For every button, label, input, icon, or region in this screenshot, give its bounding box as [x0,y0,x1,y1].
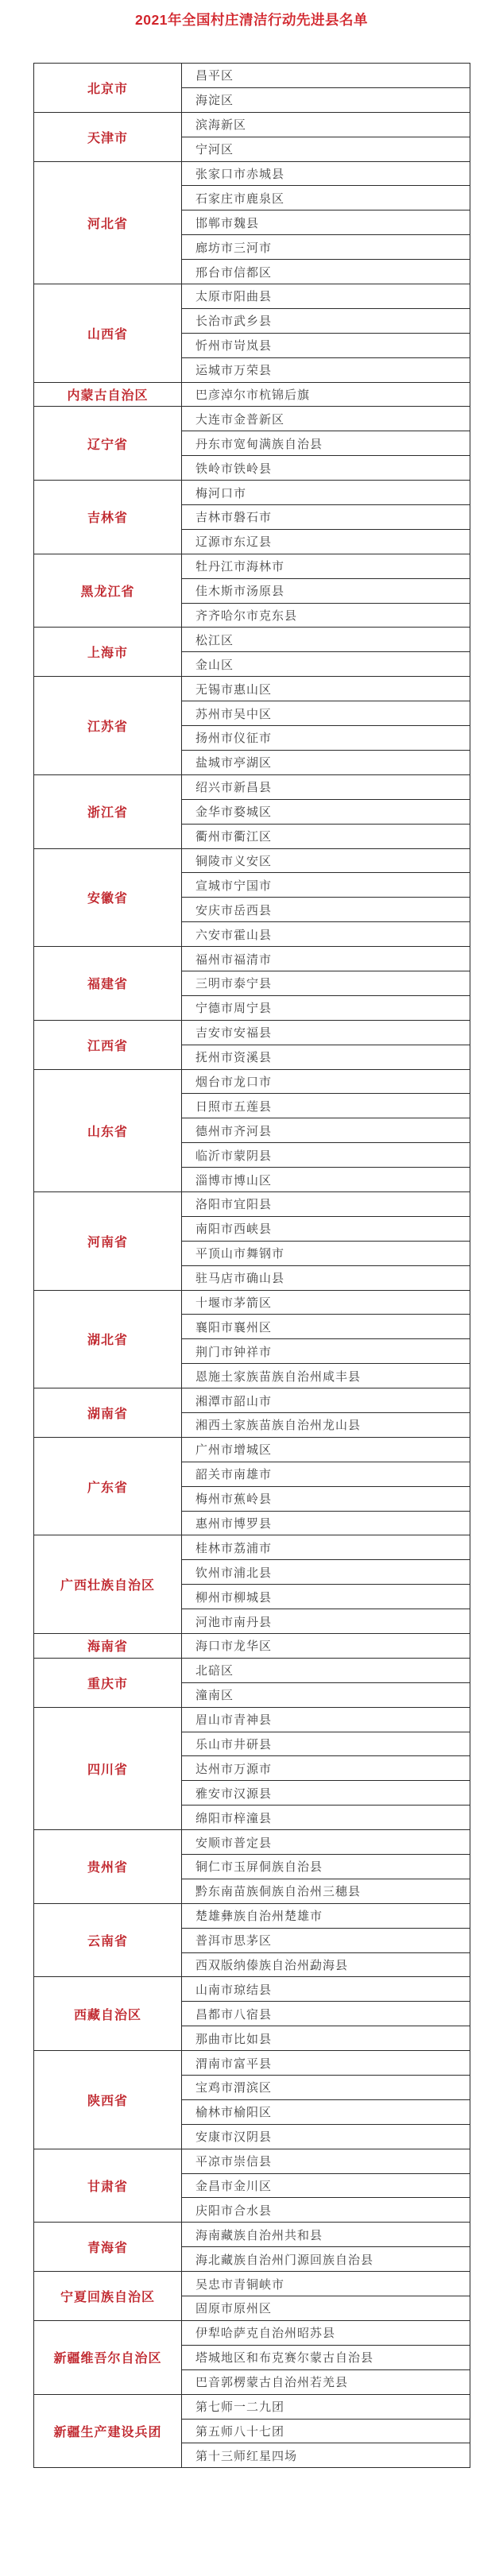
county-cell: 第五师八十七团 [182,2419,470,2443]
county-cell: 大连市金普新区 [182,407,470,431]
county-cell: 海北藏族自治州门源回族自治县 [182,2247,470,2272]
table-row: 福建省福州市福清市 [34,947,470,971]
table-row: 上海市松江区 [34,628,470,652]
advanced-county-table: 北京市昌平区海淀区天津市滨海新区宁河区河北省张家口市赤城县石家庄市鹿泉区邯郸市魏… [33,63,470,2468]
county-cell: 广州市增城区 [182,1437,470,1462]
province-cell: 河北省 [34,161,182,284]
county-cell: 松江区 [182,628,470,652]
province-cell: 辽宁省 [34,407,182,481]
table-row: 吉林省梅河口市 [34,481,470,505]
page-title: 2021年全国村庄清洁行动先进县名单 [0,10,503,29]
table-row: 辽宁省大连市金普新区 [34,407,470,431]
province-cell: 四川省 [34,1707,182,1829]
county-cell: 眉山市青神县 [182,1707,470,1732]
county-cell: 宁河区 [182,137,470,161]
county-cell: 忻州市岢岚县 [182,333,470,357]
table-row: 海南省海口市龙华区 [34,1634,470,1659]
table-row: 浙江省绍兴市新昌县 [34,774,470,799]
province-cell: 广东省 [34,1437,182,1535]
province-cell: 江西省 [34,1020,182,1069]
county-cell: 牡丹江市海林市 [182,554,470,578]
province-cell: 重庆市 [34,1658,182,1707]
table-row: 江苏省无锡市惠山区 [34,677,470,701]
province-cell: 黑龙江省 [34,554,182,628]
county-cell: 张家口市赤城县 [182,161,470,186]
county-cell: 廊坊市三河市 [182,235,470,260]
county-cell: 巴彦淖尔市杭锦后旗 [182,382,470,407]
county-cell: 滨海新区 [182,112,470,137]
county-cell: 湘潭市韶山市 [182,1388,470,1413]
county-cell: 铜陵市义安区 [182,848,470,873]
county-cell: 平顶山市舞钢市 [182,1241,470,1265]
county-cell: 楚雄彝族自治州楚雄市 [182,1903,470,1928]
table-row: 广西壮族自治区桂林市荔浦市 [34,1535,470,1560]
table-row: 贵州省安顺市普定县 [34,1830,470,1855]
county-cell: 洛阳市宜阳县 [182,1191,470,1216]
county-cell: 荆门市钟祥市 [182,1339,470,1364]
county-cell: 吴忠市青铜峡市 [182,2272,470,2296]
county-cell: 昌都市八宿县 [182,2002,470,2026]
county-cell: 驻马店市确山县 [182,1265,470,1290]
county-cell: 吉安市安福县 [182,1020,470,1045]
province-cell: 云南省 [34,1903,182,1977]
county-cell: 六安市霍山县 [182,922,470,947]
table-row: 安徽省铜陵市义安区 [34,848,470,873]
province-cell: 内蒙古自治区 [34,382,182,407]
county-cell: 吉林市磐石市 [182,505,470,530]
county-cell: 桂林市荔浦市 [182,1535,470,1560]
county-cell: 抚州市资溪县 [182,1045,470,1069]
province-cell: 海南省 [34,1634,182,1659]
table-row: 新疆生产建设兵团第七师一二九团 [34,2394,470,2419]
province-cell: 宁夏回族自治区 [34,2272,182,2321]
county-cell: 佳木斯市汤原县 [182,578,470,603]
county-cell: 运城市万荣县 [182,357,470,382]
county-cell: 临沂市蒙阴县 [182,1143,470,1168]
table-row: 新疆维吾尔自治区伊犁哈萨克自治州昭苏县 [34,2320,470,2345]
county-cell: 丹东市宽甸满族自治县 [182,431,470,456]
county-cell: 黔东南苗族侗族自治州三穗县 [182,1879,470,1903]
county-cell: 恩施土家族苗族自治州咸丰县 [182,1364,470,1388]
table-row: 西藏自治区山南市琼结县 [34,1977,470,2002]
table-row: 山东省烟台市龙口市 [34,1069,470,1094]
county-cell: 盐城市亭湖区 [182,750,470,774]
county-cell: 衢州市衢江区 [182,824,470,848]
province-cell: 山东省 [34,1069,182,1191]
county-cell: 长治市武乡县 [182,308,470,333]
county-cell: 梅河口市 [182,481,470,505]
county-cell: 固原市原州区 [182,2296,470,2321]
county-cell: 宣城市宁国市 [182,873,470,898]
county-cell: 德州市齐河县 [182,1118,470,1143]
table-row: 湖南省湘潭市韶山市 [34,1388,470,1413]
county-cell: 北碚区 [182,1658,470,1682]
table-row: 甘肃省平凉市崇信县 [34,2149,470,2173]
county-cell: 庆阳市合水县 [182,2198,470,2223]
county-cell: 安庆市岳西县 [182,898,470,922]
province-cell: 甘肃省 [34,2149,182,2223]
county-cell: 福州市福清市 [182,947,470,971]
county-cell: 昌平区 [182,64,470,88]
county-cell: 襄阳市襄州区 [182,1315,470,1339]
county-cell: 雅安市汉源县 [182,1781,470,1806]
county-cell: 伊犁哈萨克自治州昭苏县 [182,2320,470,2345]
table-row: 湖北省十堰市茅箭区 [34,1290,470,1315]
county-cell: 石家庄市鹿泉区 [182,186,470,210]
county-cell: 梅州市蕉岭县 [182,1486,470,1511]
county-cell: 烟台市龙口市 [182,1069,470,1094]
county-cell: 湘西土家族苗族自治州龙山县 [182,1412,470,1437]
county-cell: 安康市汉阴县 [182,2124,470,2149]
province-cell: 西藏自治区 [34,1977,182,2051]
county-cell: 达州市万源市 [182,1756,470,1781]
province-cell: 吉林省 [34,481,182,554]
province-table-body: 北京市昌平区海淀区天津市滨海新区宁河区河北省张家口市赤城县石家庄市鹿泉区邯郸市魏… [34,64,470,2468]
county-cell: 邢台市信都区 [182,260,470,284]
county-cell: 绍兴市新昌县 [182,774,470,799]
county-cell: 无锡市惠山区 [182,677,470,701]
county-cell: 塔城地区和布克赛尔蒙古自治县 [182,2345,470,2369]
county-cell: 三明市泰宁县 [182,971,470,995]
county-cell: 金山区 [182,652,470,677]
table-row: 青海省海南藏族自治州共和县 [34,2223,470,2247]
province-cell: 河南省 [34,1191,182,1290]
table-row: 陕西省渭南市富平县 [34,2051,470,2076]
county-cell: 淄博市博山区 [182,1168,470,1192]
province-cell: 广西壮族自治区 [34,1535,182,1634]
table-row: 江西省吉安市安福县 [34,1020,470,1045]
province-cell: 青海省 [34,2223,182,2272]
county-cell: 扬州市仪征市 [182,726,470,751]
county-cell: 第十三师红星四场 [182,2443,470,2468]
table-row: 宁夏回族自治区吴忠市青铜峡市 [34,2272,470,2296]
county-cell: 太原市阳曲县 [182,284,470,309]
county-cell: 巴音郭楞蒙古自治州若羌县 [182,2369,470,2394]
province-cell: 新疆维吾尔自治区 [34,2320,182,2394]
county-cell: 海口市龙华区 [182,1634,470,1659]
province-cell: 北京市 [34,64,182,113]
province-cell: 江苏省 [34,677,182,775]
county-cell: 绵阳市梓潼县 [182,1806,470,1830]
county-cell: 那曲市比如县 [182,2026,470,2051]
province-cell: 贵州省 [34,1830,182,1904]
county-cell: 金昌市金川区 [182,2173,470,2198]
table-row: 四川省眉山市青神县 [34,1707,470,1732]
county-cell: 宝鸡市渭滨区 [182,2076,470,2100]
county-cell: 宁德市周宁县 [182,995,470,1020]
county-cell: 乐山市井研县 [182,1732,470,1756]
table-row: 山西省太原市阳曲县 [34,284,470,309]
province-cell: 湖南省 [34,1388,182,1438]
table-row: 天津市滨海新区 [34,112,470,137]
table-row: 河南省洛阳市宜阳县 [34,1191,470,1216]
county-cell: 辽源市东辽县 [182,529,470,554]
county-cell: 日照市五莲县 [182,1094,470,1118]
county-cell: 山南市琼结县 [182,1977,470,2002]
county-cell: 潼南区 [182,1682,470,1707]
county-cell: 铁岭市铁岭县 [182,456,470,481]
province-cell: 浙江省 [34,774,182,848]
county-cell: 苏州市吴中区 [182,701,470,726]
county-cell: 第七师一二九团 [182,2394,470,2419]
county-cell: 安顺市普定县 [182,1830,470,1855]
table-row: 内蒙古自治区巴彦淖尔市杭锦后旗 [34,382,470,407]
county-cell: 南阳市西峡县 [182,1216,470,1241]
province-cell: 上海市 [34,628,182,677]
county-cell: 河池市南丹县 [182,1609,470,1634]
table-row: 河北省张家口市赤城县 [34,161,470,186]
county-cell: 钦州市浦北县 [182,1560,470,1585]
county-cell: 柳州市柳城县 [182,1585,470,1609]
province-cell: 湖北省 [34,1290,182,1388]
county-cell: 海南藏族自治州共和县 [182,2223,470,2247]
county-cell: 韶关市南雄市 [182,1462,470,1486]
province-cell: 山西省 [34,284,182,383]
table-row: 北京市昌平区 [34,64,470,88]
table-row: 云南省楚雄彝族自治州楚雄市 [34,1903,470,1928]
county-cell: 海淀区 [182,87,470,112]
county-cell: 榆林市榆阳区 [182,2099,470,2124]
county-cell: 普洱市思茅区 [182,1928,470,1952]
table-row: 广东省广州市增城区 [34,1437,470,1462]
county-cell: 金华市婺城区 [182,799,470,824]
table-row: 黑龙江省牡丹江市海林市 [34,554,470,578]
table-row: 重庆市北碚区 [34,1658,470,1682]
county-cell: 西双版纳傣族自治州勐海县 [182,1952,470,1977]
province-cell: 陕西省 [34,2051,182,2149]
province-cell: 安徽省 [34,848,182,947]
county-cell: 惠州市博罗县 [182,1511,470,1535]
county-cell: 齐齐哈尔市克东县 [182,603,470,628]
county-cell: 邯郸市魏县 [182,210,470,235]
province-cell: 福建省 [34,947,182,1021]
county-cell: 十堰市茅箭区 [182,1290,470,1315]
province-cell: 新疆生产建设兵团 [34,2394,182,2468]
county-cell: 渭南市富平县 [182,2051,470,2076]
province-cell: 天津市 [34,112,182,161]
county-cell: 铜仁市玉屏侗族自治县 [182,1855,470,1879]
county-cell: 平凉市崇信县 [182,2149,470,2173]
